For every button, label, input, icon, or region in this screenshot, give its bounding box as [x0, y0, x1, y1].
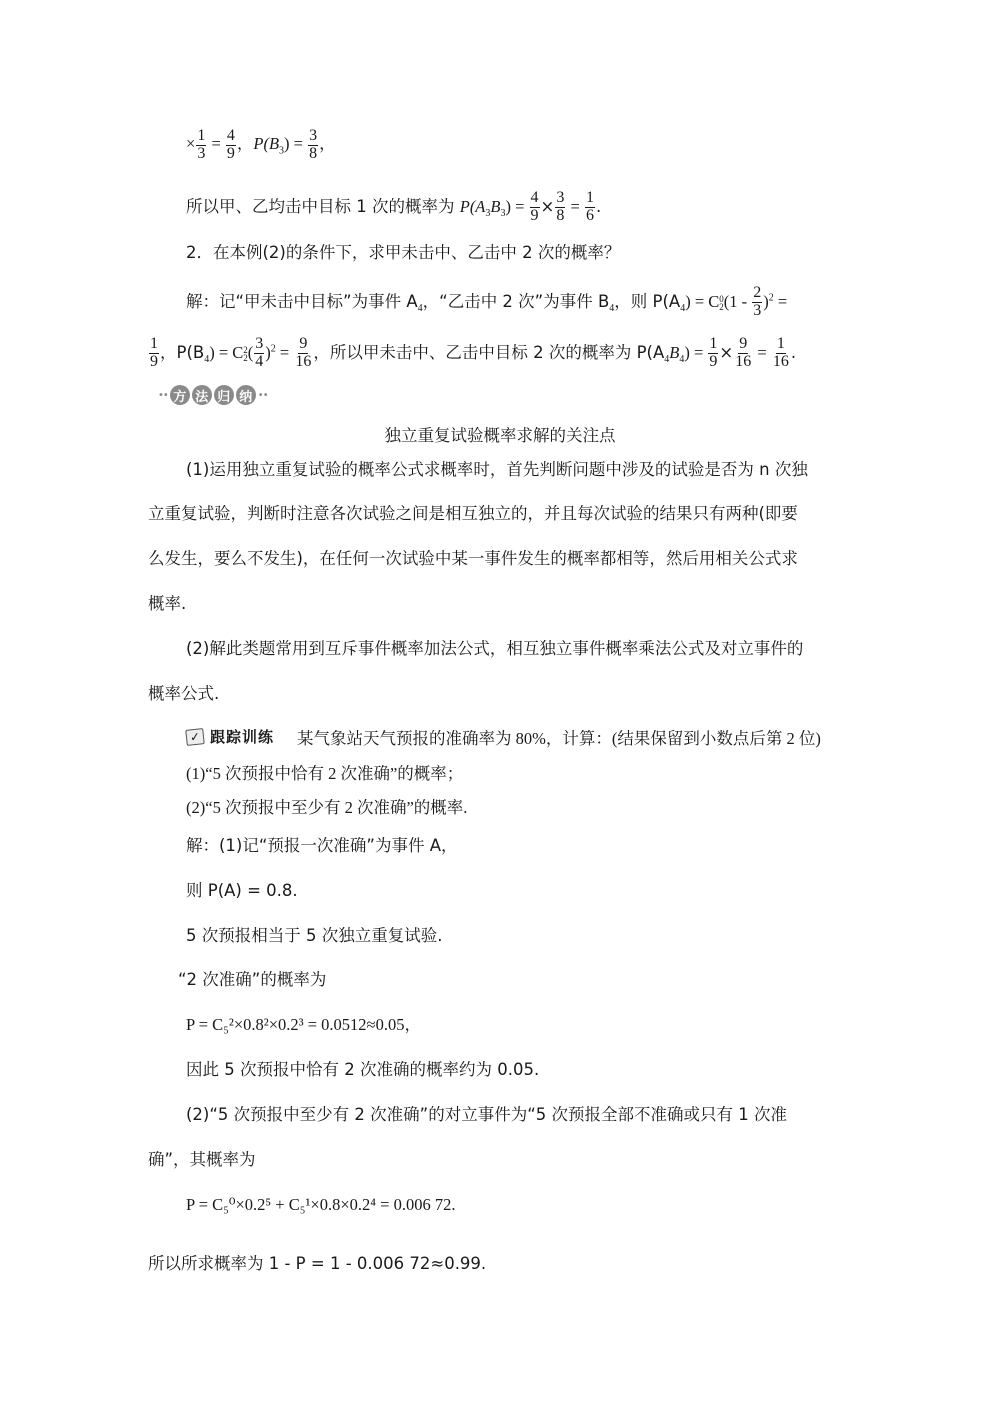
method-p1-line: (1)运用独立重复试验的概率公式求概率时，首先判断问题中涉及的试验是否为 n 次…: [186, 462, 808, 479]
fraction: 23: [752, 285, 762, 320]
fraction: 19: [708, 336, 718, 371]
answer-line: 确”，其概率为: [148, 1152, 256, 1169]
method-p2-line: 概率公式.: [148, 686, 219, 703]
answer-line: 则 P(A) = 0.8.: [186, 883, 298, 900]
answer-line: 5 次预报相当于 5 次独立重复试验.: [186, 928, 442, 945]
fraction: 49: [530, 190, 540, 225]
method-summary-badge: •• 方 法 归 纳 ••: [158, 385, 268, 405]
answer-line: (2)“5 次预报中至少有 2 次准确”的对立事件为“5 次预报全部不准确或只有…: [186, 1107, 787, 1124]
badge-char: 归: [214, 385, 234, 405]
fraction: 916: [294, 336, 312, 371]
answer-line: 所以所求概率为 1 - P = 1 - 0.006 72≈0.99.: [148, 1256, 486, 1273]
fraction: 116: [772, 336, 790, 371]
fraction: 49: [226, 128, 236, 163]
fraction: 16: [585, 190, 595, 225]
question-2: 2．在本例(2)的条件下，求甲未击中、乙击中 2 次的概率？: [186, 245, 620, 262]
answer-formula: P = C₅²×0.8²×0.2³ = 0.0512≈0.05，: [186, 1017, 421, 1034]
fraction: 13: [196, 128, 206, 163]
fraction: 19: [149, 336, 159, 371]
answer-line: 解：(1)记“预报一次准确”为事件 A，: [186, 838, 458, 855]
fraction: 38: [555, 190, 565, 225]
times-sign: ×: [186, 134, 195, 153]
answer-line: “2 次准确”的概率为: [178, 972, 326, 989]
method-p2-line: (2)解此类题常用到互斥事件概率加法公式，相互独立事件概率乘法公式及对立事件的: [186, 641, 803, 658]
fraction: 38: [308, 128, 318, 163]
solution-2-line-b: 19，P(B4) = C22(34)2 = 916，所以甲未击中、乙击中目标 2…: [148, 336, 796, 371]
badge-char: 纳: [236, 385, 256, 405]
fraction: 916: [734, 336, 752, 371]
dots-decoration: ••: [258, 390, 268, 401]
tracking-training-badge: ✓ 跟踪训练: [186, 726, 274, 747]
exercise-question: 某气象站天气预报的准确率为 80%，计算：(结果保留到小数点后第 2 位): [297, 731, 821, 748]
answer-line: 因此 5 次预报中恰有 2 次准确的概率约为 0.05.: [186, 1062, 539, 1079]
badge-char: 法: [192, 385, 212, 405]
solution-2-line-a: 解：记“甲未击中目标”为事件 A4，“乙击中 2 次”为事件 B4，则 P(A4…: [186, 285, 787, 320]
dots-decoration: ••: [158, 390, 168, 401]
conclusion-line-1: 所以甲、乙均击中目标 1 次的概率为 P(A3B3) = 49×38 = 16.: [186, 190, 601, 225]
fraction: 34: [254, 336, 264, 371]
exercise-part-2: (2)“5 次预报中至少有 2 次准确”的概率.: [186, 800, 467, 817]
badge-char: 方: [170, 385, 190, 405]
answer-formula: P = C₅⁰×0.2⁵ + C₅¹×0.8×0.2⁴ = 0.006 72.: [186, 1197, 455, 1214]
method-p1-line: 概率.: [148, 596, 186, 613]
method-title: 独立重复试验概率求解的关注点: [0, 422, 1000, 446]
method-p1-line: 立重复试验，判断时注意各次试验之间是相互独立的，并且每次试验的结果只有两种(即要: [148, 506, 798, 523]
method-p1-line: 么发生，要么不发生)，在任何一次试验中某一事件发生的概率都相等，然后用相关公式求: [148, 551, 798, 568]
check-icon: ✓: [185, 728, 205, 746]
exercise-part-1: (1)“5 次预报中恰有 2 次准确”的概率；: [186, 766, 463, 783]
formula-line-1: ×13 = 49，P(B3) = 38，: [186, 128, 336, 163]
